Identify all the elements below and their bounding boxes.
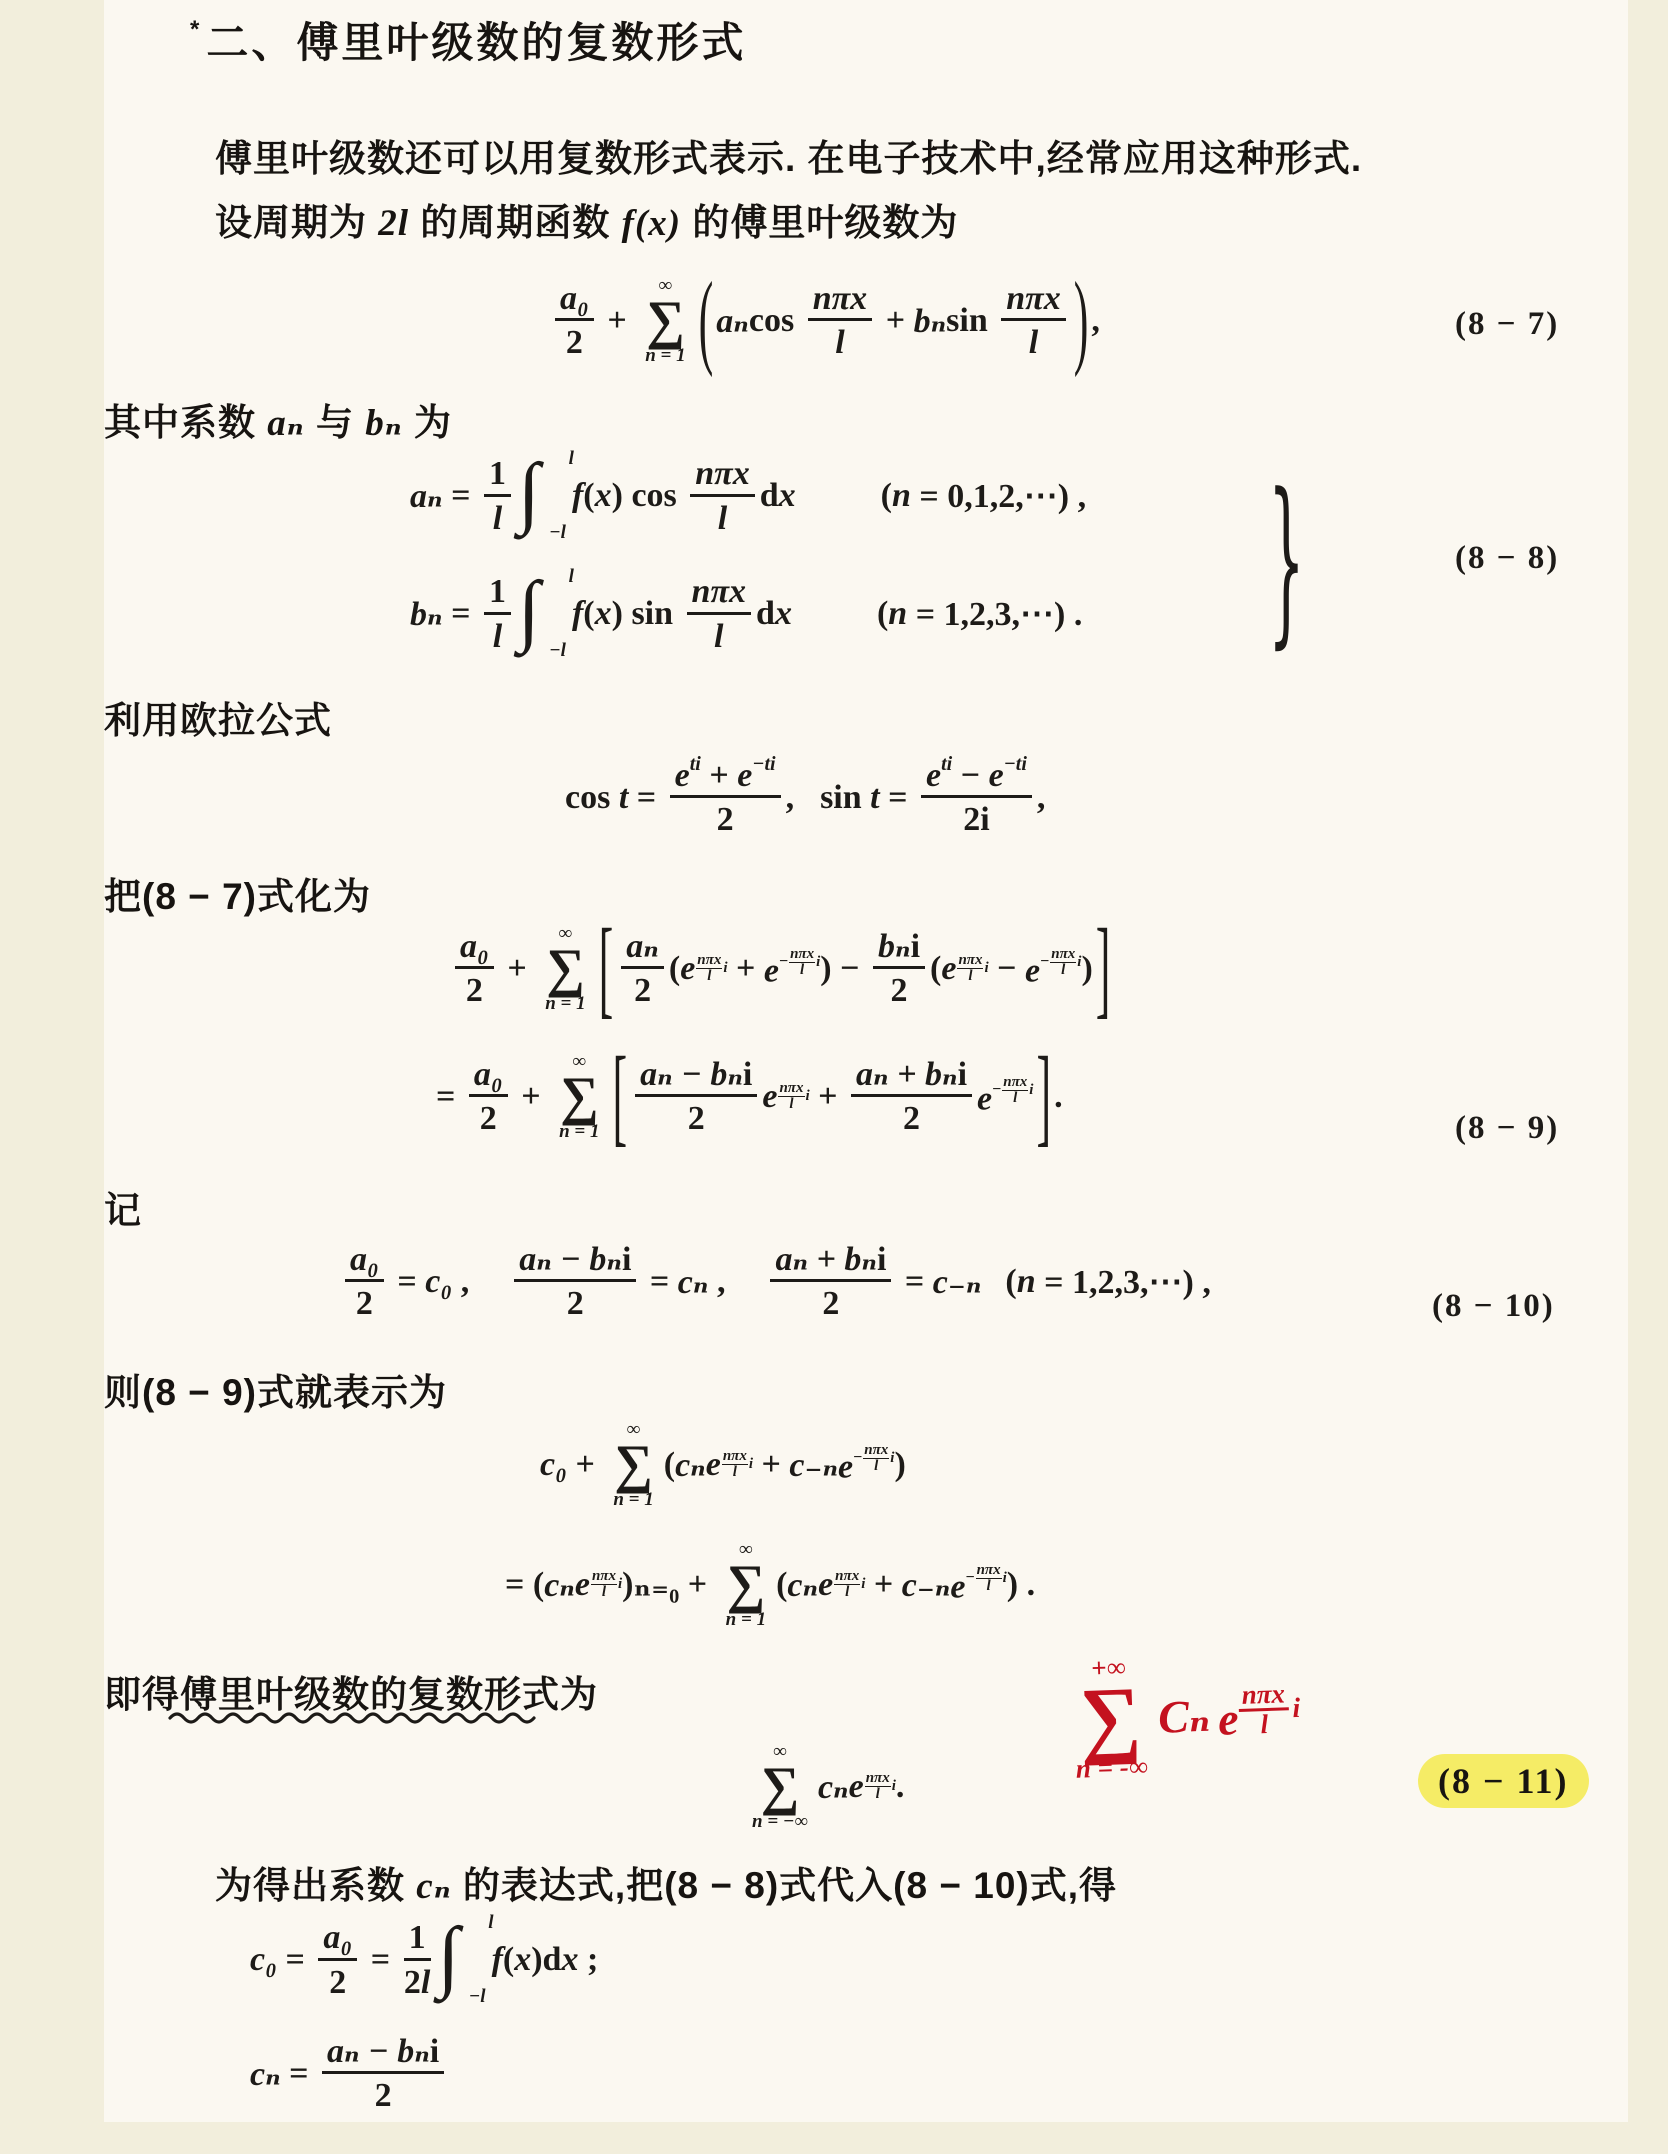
- right-curly-brace: }: [1268, 470, 1305, 650]
- equation-label-8-9: (8 − 9): [1455, 1110, 1559, 1147]
- equation-label-8-10: (8 − 10): [1432, 1288, 1555, 1325]
- formula-cn: cₙ = aₙ − bₙi2: [250, 2032, 449, 2115]
- formula-8-8-an: aₙ = 1l∫l−lf(x) cos nπxldx(n = 0,1,2,⋯) …: [410, 452, 1086, 540]
- equation-label-8-8: (8 − 8): [1455, 540, 1559, 577]
- series-expression-line1: c₀ + ∞∑n = 1(cₙenπxli + c₋ₙe−nπxli): [540, 1420, 906, 1509]
- denote-line: 记: [104, 1180, 142, 1234]
- formula-c0: c₀ = a₀2 = 12l∫l−lf(x)dx ;: [250, 1916, 598, 2004]
- handwritten-red-annotation: +∞∑n = -∞Cₙenπxli: [1060, 1648, 1303, 1783]
- formula-8-9-line1: a₀2 + ∞∑n = 1[aₙ2(enπxli + e−nπxli) − bₙ…: [450, 924, 1113, 1013]
- formula-8-11: ∞∑n = −∞cₙenπxli.: [742, 1742, 904, 1831]
- formula-8-8-bn: bₙ = 1l∫l−lf(x) sin nπxldx(n = 1,2,3,⋯) …: [410, 570, 1082, 658]
- substitute-line: 为得出系数 cₙ 的表达式,把(8 − 8)式代入(8 − 10)式,得: [215, 1855, 1117, 1909]
- formula-8-7: a₀2 + ∞∑n = 1(aₙcos nπxl + bₙsin nπxl),: [550, 276, 1100, 365]
- formula-8-10: a₀2 = c₀ ,aₙ − bₙi2 = cₙ ,aₙ + bₙi2 = c₋…: [340, 1240, 1211, 1323]
- formula-8-9-line2: = a₀2 + ∞∑n = 1[aₙ − bₙi2enπxli + aₙ + b…: [436, 1052, 1063, 1141]
- convert-line: 把(8 − 7)式化为: [104, 866, 371, 920]
- paragraph-line-2: 设周期为 2l 的周期函数 f(x) 的傅里叶级数为: [215, 192, 958, 246]
- highlighted-equation-label-8-11: (8 − 11): [1418, 1754, 1589, 1808]
- equation-label-8-7: (8 − 7): [1455, 306, 1559, 343]
- coefficients-intro-line: 其中系数 aₙ 与 bₙ 为: [104, 392, 452, 446]
- section-title: *二、傅里叶级数的复数形式: [190, 10, 746, 70]
- then-line: 则(8 − 9)式就表示为: [104, 1362, 447, 1416]
- euler-intro-line: 利用欧拉公式: [104, 690, 332, 744]
- wavy-underline: [168, 1708, 540, 1724]
- series-expression-line2: = (cₙenπxli)ₙ₌₀ + ∞∑n = 1(cₙenπxli + c₋ₙ…: [505, 1540, 1035, 1629]
- scanned-textbook-page: { "colors":{"frame_bg":"#f2eedc","page_b…: [0, 0, 1668, 2154]
- paragraph-line-1: 傅里叶级数还可以用复数形式表示. 在电子技术中,经常应用这种形式.: [215, 128, 1362, 182]
- euler-formulas: cos t = eti + e−ti2,sin t = eti − e−ti2i…: [565, 756, 1045, 839]
